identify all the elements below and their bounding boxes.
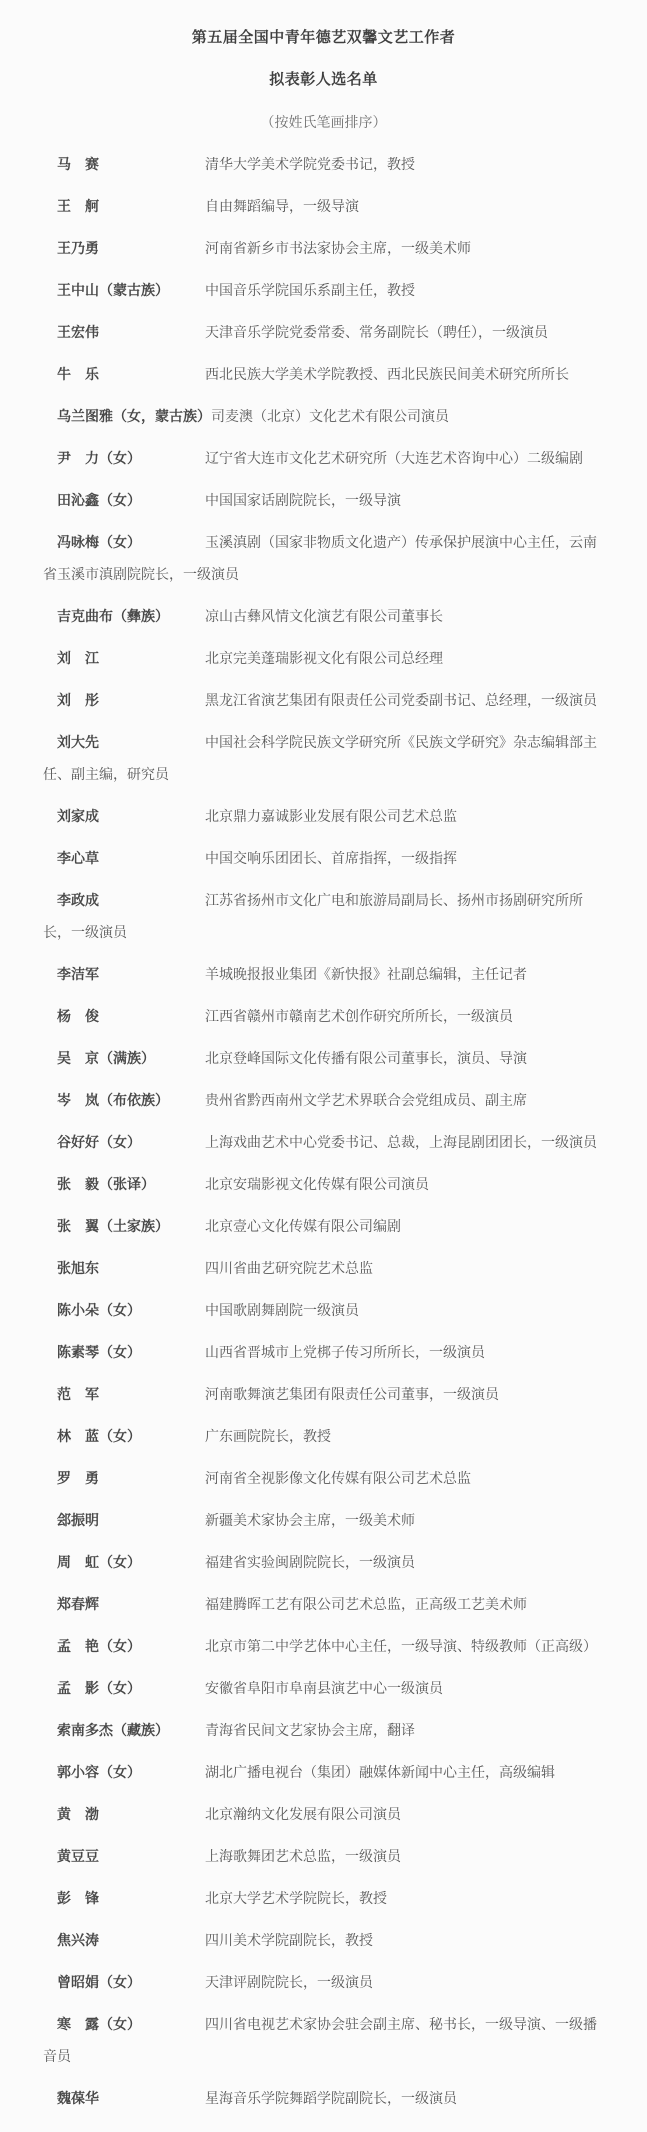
person-title: 西北民族大学美术学院教授、西北民族民间美术研究所所长 — [205, 366, 569, 382]
person-title: 中国歌剧舞剧院一级演员 — [205, 1302, 359, 1318]
person-name: 寒 露（女） — [57, 2008, 205, 2040]
list-item: 李洁军羊城晚报报业集团《新快报》社副总编辑，主任记者 — [43, 958, 610, 990]
person-name: 张 毅（张译） — [57, 1168, 205, 1200]
person-title: 北京瀚纳文化发展有限公司演员 — [205, 1806, 401, 1822]
list-item: 寒 露（女）四川省电视艺术家协会驻会副主席、秘书长，一级导演、一级播音员 — [43, 2008, 610, 2072]
person-name: 郐振明 — [57, 1504, 205, 1536]
person-title: 河南省全视影像文化传媒有限公司艺术总监 — [205, 1470, 471, 1486]
list-item: 乌兰图雅（女，蒙古族）司麦澳（北京）文化艺术有限公司演员 — [43, 400, 610, 432]
person-name: 张 翼（土家族） — [57, 1210, 205, 1242]
person-name: 吴 京（满族） — [57, 1042, 205, 1074]
list-item: 陈素琴（女）山西省晋城市上党梆子传习所所长，一级演员 — [43, 1336, 610, 1368]
person-name: 刘 彤 — [57, 684, 205, 716]
list-item: 吉克曲布（彝族）凉山古彝风情文化演艺有限公司董事长 — [43, 600, 610, 632]
person-name: 田沁鑫（女） — [57, 484, 205, 516]
person-name: 王 舸 — [57, 190, 205, 222]
document-title: 第五届全国中青年德艺双馨文艺工作者 — [0, 22, 647, 54]
person-title: 中国国家话剧院院长，一级导演 — [205, 492, 401, 508]
person-name: 张旭东 — [57, 1252, 205, 1284]
list-item: 焦兴涛四川美术学院副院长，教授 — [43, 1924, 610, 1956]
person-name: 吉克曲布（彝族） — [57, 600, 205, 632]
list-item: 范 军河南歌舞演艺集团有限责任公司董事，一级演员 — [43, 1378, 610, 1410]
list-item: 尹 力（女）辽宁省大连市文化艺术研究所（大连艺术咨询中心）二级编剧 — [43, 442, 610, 474]
person-title: 司麦澳（北京）文化艺术有限公司演员 — [211, 408, 449, 424]
person-name: 魏葆华 — [57, 2082, 205, 2114]
person-title: 河南歌舞演艺集团有限责任公司董事，一级演员 — [205, 1386, 499, 1402]
commendation-list-document: 第五届全国中青年德艺双馨文艺工作者 拟表彰人选名单 （按姓氏笔画排序） 马 赛清… — [0, 0, 647, 2114]
person-title: 北京安瑞影视文化传媒有限公司演员 — [205, 1176, 429, 1192]
person-name: 李心草 — [57, 842, 205, 874]
person-name: 刘 江 — [57, 642, 205, 674]
person-title: 北京鼎力嘉诚影业发展有限公司艺术总监 — [205, 808, 457, 824]
person-title: 湖北广播电视台（集团）融媒体新闻中心主任，高级编辑 — [205, 1764, 555, 1780]
person-name: 曾昭娟（女） — [57, 1966, 205, 1998]
list-item: 李政成江苏省扬州市文化广电和旅游局副局长、扬州市扬剧研究所所长，一级演员 — [43, 884, 610, 948]
person-title: 北京完美蓬瑞影视文化有限公司总经理 — [205, 650, 443, 666]
person-name: 孟 影（女） — [57, 1672, 205, 1704]
list-item: 刘 彤黑龙江省演艺集团有限责任公司党委副书记、总经理，一级演员 — [43, 684, 610, 716]
list-item: 郑春辉福建腾晖工艺有限公司艺术总监，正高级工艺美术师 — [43, 1588, 610, 1620]
list-item: 罗 勇河南省全视影像文化传媒有限公司艺术总监 — [43, 1462, 610, 1494]
person-name: 李洁军 — [57, 958, 205, 990]
person-name: 周 虹（女） — [57, 1546, 205, 1578]
person-title: 福建省实验闽剧院院长，一级演员 — [205, 1554, 415, 1570]
person-name: 黄豆豆 — [57, 1840, 205, 1872]
person-name: 岑 岚（布依族） — [57, 1084, 205, 1116]
list-item: 杨 俊江西省赣州市赣南艺术创作研究所所长，一级演员 — [43, 1000, 610, 1032]
person-title: 贵州省黔西南州文学艺术界联合会党组成员、副主席 — [205, 1092, 527, 1108]
person-title: 凉山古彝风情文化演艺有限公司董事长 — [205, 608, 443, 624]
list-item: 魏葆华星海音乐学院舞蹈学院副院长，一级演员 — [43, 2082, 610, 2114]
list-item: 田沁鑫（女）中国国家话剧院院长，一级导演 — [43, 484, 610, 516]
person-name: 刘大先 — [57, 726, 205, 758]
person-name: 郭小容（女） — [57, 1756, 205, 1788]
person-title: 北京登峰国际文化传播有限公司董事长，演员、导演 — [205, 1050, 527, 1066]
person-name: 范 军 — [57, 1378, 205, 1410]
person-name: 林 蓝（女） — [57, 1420, 205, 1452]
list-item: 刘 江北京完美蓬瑞影视文化有限公司总经理 — [43, 642, 610, 674]
person-title: 黑龙江省演艺集团有限责任公司党委副书记、总经理，一级演员 — [205, 692, 597, 708]
list-item: 陈小朵（女）中国歌剧舞剧院一级演员 — [43, 1294, 610, 1326]
document-header: 第五届全国中青年德艺双馨文艺工作者 拟表彰人选名单 （按姓氏笔画排序） — [0, 22, 647, 138]
person-title: 山西省晋城市上党梆子传习所所长，一级演员 — [205, 1344, 485, 1360]
list-item: 周 虹（女）福建省实验闽剧院院长，一级演员 — [43, 1546, 610, 1578]
honoree-list: 马 赛清华大学美术学院党委书记，教授王 舸自由舞蹈编导，一级导演王乃勇河南省新乡… — [0, 148, 647, 2114]
person-name: 陈素琴（女） — [57, 1336, 205, 1368]
list-item: 张 翼（土家族）北京壹心文化传媒有限公司编剧 — [43, 1210, 610, 1242]
list-item: 李心草中国交响乐团团长、首席指挥，一级指挥 — [43, 842, 610, 874]
person-title: 新疆美术家协会主席，一级美术师 — [205, 1512, 415, 1528]
person-name: 杨 俊 — [57, 1000, 205, 1032]
person-name: 索南多杰（藏族） — [57, 1714, 205, 1746]
list-item: 吴 京（满族）北京登峰国际文化传播有限公司董事长，演员、导演 — [43, 1042, 610, 1074]
list-item: 郭小容（女）湖北广播电视台（集团）融媒体新闻中心主任，高级编辑 — [43, 1756, 610, 1788]
person-name: 王中山（蒙古族） — [57, 274, 205, 306]
person-name: 彭 锋 — [57, 1882, 205, 1914]
list-item: 孟 艳（女）北京市第二中学艺体中心主任，一级导演、特级教师（正高级） — [43, 1630, 610, 1662]
person-title: 四川美术学院副院长，教授 — [205, 1932, 373, 1948]
person-title: 北京市第二中学艺体中心主任，一级导演、特级教师（正高级） — [205, 1638, 597, 1654]
list-item: 郐振明新疆美术家协会主席，一级美术师 — [43, 1504, 610, 1536]
person-title: 天津音乐学院党委常委、常务副院长（聘任），一级演员 — [205, 324, 548, 340]
document-subtitle: 拟表彰人选名单 — [0, 64, 647, 96]
person-name: 王乃勇 — [57, 232, 205, 264]
person-title: 清华大学美术学院党委书记，教授 — [205, 156, 415, 172]
person-name: 陈小朵（女） — [57, 1294, 205, 1326]
person-title: 福建腾晖工艺有限公司艺术总监，正高级工艺美术师 — [205, 1596, 527, 1612]
person-title: 星海音乐学院舞蹈学院副院长，一级演员 — [205, 2090, 457, 2106]
sort-order-note: （按姓氏笔画排序） — [0, 106, 647, 138]
person-name: 黄 渤 — [57, 1798, 205, 1830]
list-item: 王乃勇河南省新乡市书法家协会主席，一级美术师 — [43, 232, 610, 264]
list-item: 谷好好（女）上海戏曲艺术中心党委书记、总裁，上海昆剧团团长，一级演员 — [43, 1126, 610, 1158]
person-title: 安徽省阜阳市阜南县演艺中心一级演员 — [205, 1680, 443, 1696]
person-title: 北京壹心文化传媒有限公司编剧 — [205, 1218, 401, 1234]
person-title: 上海歌舞团艺术总监，一级演员 — [205, 1848, 401, 1864]
list-item: 索南多杰（藏族）青海省民间文艺家协会主席，翻译 — [43, 1714, 610, 1746]
person-name: 郑春辉 — [57, 1588, 205, 1620]
list-item: 马 赛清华大学美术学院党委书记，教授 — [43, 148, 610, 180]
person-title: 自由舞蹈编导，一级导演 — [205, 198, 359, 214]
person-name: 李政成 — [57, 884, 205, 916]
person-title: 北京大学艺术学院院长，教授 — [205, 1890, 387, 1906]
list-item: 张旭东四川省曲艺研究院艺术总监 — [43, 1252, 610, 1284]
list-item: 王中山（蒙古族）中国音乐学院国乐系副主任，教授 — [43, 274, 610, 306]
list-item: 张 毅（张译）北京安瑞影视文化传媒有限公司演员 — [43, 1168, 610, 1200]
person-title: 中国交响乐团团长、首席指挥，一级指挥 — [205, 850, 457, 866]
person-name: 谷好好（女） — [57, 1126, 205, 1158]
person-title: 上海戏曲艺术中心党委书记、总裁，上海昆剧团团长，一级演员 — [205, 1134, 597, 1150]
person-title: 中国音乐学院国乐系副主任，教授 — [205, 282, 415, 298]
person-name: 冯咏梅（女） — [57, 526, 205, 558]
list-item: 王宏伟天津音乐学院党委常委、常务副院长（聘任），一级演员 — [43, 316, 610, 348]
person-name: 刘家成 — [57, 800, 205, 832]
person-name: 乌兰图雅（女，蒙古族） — [57, 400, 211, 432]
person-name: 马 赛 — [57, 148, 205, 180]
list-item: 林 蓝（女）广东画院院长，教授 — [43, 1420, 610, 1452]
person-name: 焦兴涛 — [57, 1924, 205, 1956]
list-item: 刘大先中国社会科学院民族文学研究所《民族文学研究》杂志编辑部主任、副主编，研究员 — [43, 726, 610, 790]
person-name: 牛 乐 — [57, 358, 205, 390]
list-item: 孟 影（女）安徽省阜阳市阜南县演艺中心一级演员 — [43, 1672, 610, 1704]
list-item: 黄 渤北京瀚纳文化发展有限公司演员 — [43, 1798, 610, 1830]
person-title: 辽宁省大连市文化艺术研究所（大连艺术咨询中心）二级编剧 — [205, 450, 583, 466]
person-title: 天津评剧院院长，一级演员 — [205, 1974, 373, 1990]
person-name: 罗 勇 — [57, 1462, 205, 1494]
person-title: 广东画院院长，教授 — [205, 1428, 331, 1444]
person-title: 四川省曲艺研究院艺术总监 — [205, 1260, 373, 1276]
list-item: 牛 乐西北民族大学美术学院教授、西北民族民间美术研究所所长 — [43, 358, 610, 390]
person-title: 河南省新乡市书法家协会主席，一级美术师 — [205, 240, 471, 256]
list-item: 岑 岚（布依族）贵州省黔西南州文学艺术界联合会党组成员、副主席 — [43, 1084, 610, 1116]
list-item: 王 舸自由舞蹈编导，一级导演 — [43, 190, 610, 222]
person-name: 王宏伟 — [57, 316, 205, 348]
person-title: 江西省赣州市赣南艺术创作研究所所长，一级演员 — [205, 1008, 513, 1024]
person-title: 羊城晚报报业集团《新快报》社副总编辑，主任记者 — [205, 966, 527, 982]
list-item: 曾昭娟（女）天津评剧院院长，一级演员 — [43, 1966, 610, 1998]
person-name: 尹 力（女） — [57, 442, 205, 474]
person-name: 孟 艳（女） — [57, 1630, 205, 1662]
list-item: 彭 锋北京大学艺术学院院长，教授 — [43, 1882, 610, 1914]
list-item: 黄豆豆上海歌舞团艺术总监，一级演员 — [43, 1840, 610, 1872]
person-title: 青海省民间文艺家协会主席，翻译 — [205, 1722, 415, 1738]
list-item: 冯咏梅（女）玉溪滇剧（国家非物质文化遗产）传承保护展演中心主任，云南省玉溪市滇剧… — [43, 526, 610, 590]
list-item: 刘家成北京鼎力嘉诚影业发展有限公司艺术总监 — [43, 800, 610, 832]
